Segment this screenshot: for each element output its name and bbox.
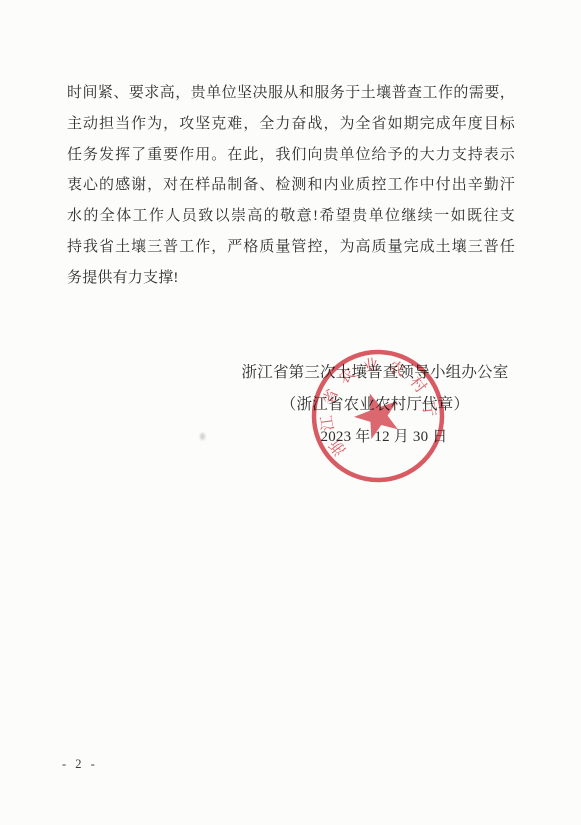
body-text-line: 任务发挥了重要作用。在此，我们向贵单位给予的大力支持表示 <box>67 140 515 171</box>
body-text-line: 务提供有力支撑! <box>67 263 515 294</box>
document-page: 时间紧、要求高，贵单位坚决服从和服务于土壤普查工作的需要，主动担当作为，攻坚克难… <box>0 0 581 825</box>
page-number: - 2 - <box>62 757 98 772</box>
body-text-line: 主动担当作为，攻坚克难，全力奋战，为全省如期完成年度目标 <box>67 109 515 140</box>
signature-agency: （浙江省农业农村厅代章） <box>200 389 550 421</box>
body-text-line: 持我省土壤三普工作，严格质量管控，为高质量完成土壤三普任 <box>67 232 515 263</box>
signature-org: 浙江省第三次土壤普查领导小组办公室 <box>200 357 550 389</box>
body-text-line: 时间紧、要求高，贵单位坚决服从和服务于土壤普查工作的需要， <box>67 78 515 109</box>
scan-artifact-dot <box>200 433 205 440</box>
body-paragraph: 时间紧、要求高，贵单位坚决服从和服务于土壤普查工作的需要，主动担当作为，攻坚克难… <box>67 78 515 294</box>
body-text-line: 水的全体工作人员致以崇高的敬意!希望贵单位继续一如既往支 <box>67 201 515 232</box>
signature-block: 浙江省第三次土壤普查领导小组办公室 （浙江省农业农村厅代章） 2023 年 12… <box>200 357 550 453</box>
signature-date: 2023 年 12 月 30 日 <box>200 421 550 453</box>
body-text-line: 衷心的感谢，对在样品制备、检测和内业质控工作中付出辛勤汗 <box>67 170 515 201</box>
